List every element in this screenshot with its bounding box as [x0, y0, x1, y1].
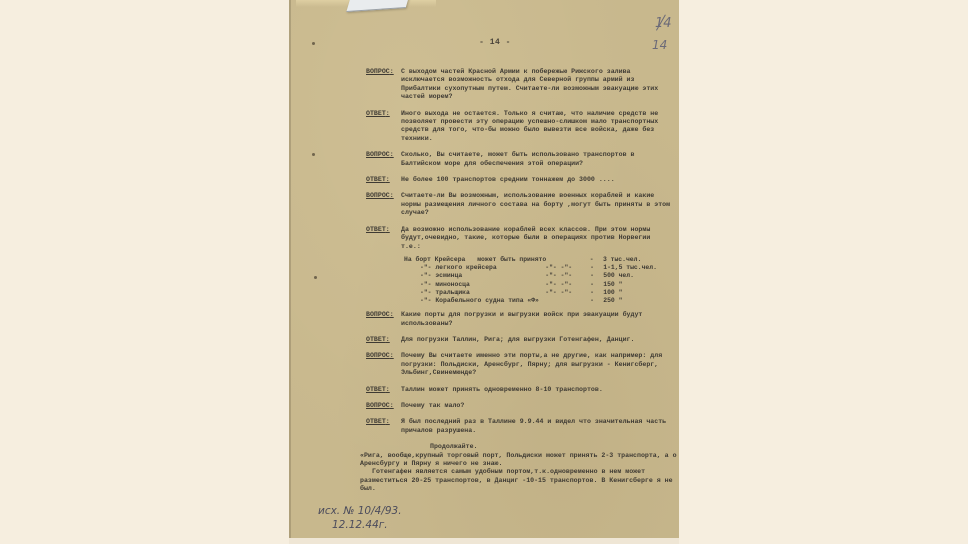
capacity-value: 500 чел. — [603, 272, 678, 280]
qa-text: Я был последний раз в Таллине 9.9.44 и в… — [401, 418, 678, 435]
capacity-item: -"- тральщика — [404, 289, 545, 297]
qa-label: ОТВЕТ — [366, 386, 401, 394]
capacity-value: 250 " — [603, 297, 678, 305]
capacity-row: -"- Корабельного судна типа «Ф»-250 " — [404, 297, 678, 305]
qa-label: ОТВЕТ — [366, 418, 401, 435]
qa-text: Считаете-ли Вы возможным, использование … — [401, 192, 678, 217]
qa-text: Да возможно использование кораблей всех … — [401, 226, 678, 251]
capacity-ditto: -"- -"- — [545, 264, 590, 272]
capacity-ditto: -"- -"- — [545, 289, 590, 297]
question: ВОПРОСПочему Вы считаете именно эти порт… — [366, 352, 678, 377]
qa-label: ОТВЕТ — [366, 226, 401, 251]
answer: ОТВЕТДля погрузки Таллин, Рига; для выгр… — [366, 336, 678, 344]
qa-label: ОТВЕТ — [366, 336, 401, 344]
qa-label: ВОПРОС — [366, 402, 401, 410]
answer: ОТВЕТИного выхода не остается. Только я … — [366, 110, 678, 144]
answer: ОТВЕТДа возможно использование кораблей … — [366, 226, 678, 251]
qa-text: Сколько, Вы считаете, может быть использ… — [401, 151, 678, 168]
qa-text: Для погрузки Таллин, Рига; для выгрузки … — [401, 336, 678, 344]
capacity-dash: - — [590, 289, 603, 297]
qa-label: ВОПРОС — [366, 311, 401, 328]
capacity-ditto: -"- -"- — [545, 272, 590, 280]
punch-mark — [314, 276, 317, 279]
narrative-paragraph: «Рига, вообще,крупный торговый порт, Пол… — [360, 452, 678, 469]
outgoing-number: исх. № 10/4/93. — [318, 504, 402, 518]
outgoing-date: 12.12.44г. — [318, 518, 402, 532]
capacity-item: -"- эсминца — [404, 272, 545, 280]
capacity-row: -"- миноносца-"- -"--150 " — [404, 281, 678, 289]
qa-text: С выходом частей Красной Армии к побереж… — [401, 68, 678, 102]
capacity-value: 1-1,5 тыс.чел. — [603, 264, 678, 272]
capacity-dash: - — [590, 272, 603, 280]
narrative: Продолжайте. «Рига, вообще,крупный торго… — [360, 443, 678, 493]
qa-text: Таллин может принять одновременно 8-10 т… — [401, 386, 678, 394]
capacity-item: На борт Крейсера — [404, 256, 477, 264]
page-bottom-edge — [289, 538, 679, 544]
qa-text: Не более 100 транспортов средним тоннаже… — [401, 176, 678, 184]
handwritten-page-number: 14 — [652, 38, 667, 52]
qa-label: ВОПРОС — [366, 151, 401, 168]
punch-mark — [312, 153, 315, 156]
question: ВОПРОСКакие порты для погрузки и выгрузк… — [366, 311, 678, 328]
qa-text: Почему так мало? — [401, 402, 678, 410]
qa-label: ОТВЕТ — [366, 176, 401, 184]
question: ВОПРОССколько, Вы считаете, может быть и… — [366, 151, 678, 168]
capacity-dash: - — [590, 256, 603, 264]
capacity-ditto: -"- -"- — [545, 281, 590, 289]
capacity-table: На борт Крейсераможет быть принято-3 тыс… — [404, 256, 678, 305]
capacity-row: На борт Крейсераможет быть принято-3 тыс… — [404, 256, 678, 264]
capacity-dash: - — [590, 297, 603, 305]
qa-text: Почему Вы считаете именно эти порты,а не… — [401, 352, 678, 377]
answer: ОТВЕТНе более 100 транспортов средним то… — [366, 176, 678, 184]
capacity-row: -"- тральщика-"- -"--100 " — [404, 289, 678, 297]
capacity-dash: - — [590, 264, 603, 272]
capacity-item: -"- легкого крейсера — [404, 264, 545, 272]
question: ВОПРОСПочему так мало? — [366, 402, 678, 410]
handwritten-outgoing-note: исх. № 10/4/93. 12.12.44г. — [318, 504, 402, 532]
answer: ОТВЕТЯ был последний раз в Таллине 9.9.4… — [366, 418, 678, 435]
capacity-row: -"- легкого крейсера-"- -"--1-1,5 тыс.че… — [404, 264, 678, 272]
answer: ОТВЕТТаллин может принять одновременно 8… — [366, 386, 678, 394]
narrative-paragraph: Готенгафен является самым удобным портом… — [360, 468, 678, 493]
qa-text: Какие порты для погрузки и выгрузки войс… — [401, 311, 678, 328]
qa-text: Иного выхода не остается. Только я счита… — [401, 110, 678, 144]
question: ВОПРОСС выходом частей Красной Армии к п… — [366, 68, 678, 102]
capacity-value: 100 " — [603, 289, 678, 297]
qa-label: ОТВЕТ — [366, 110, 401, 144]
document-body: ВОПРОСС выходом частей Красной Армии к п… — [366, 68, 678, 494]
punch-mark — [312, 42, 315, 45]
capacity-row: -"- эсминца-"- -"--500 чел. — [404, 272, 678, 280]
page-number: - 14 - — [470, 38, 520, 47]
qa-label: ВОПРОС — [366, 68, 401, 102]
narrative-continue: Продолжайте. — [360, 443, 678, 451]
capacity-ditto — [545, 297, 590, 305]
capacity-item: -"- Корабельного судна типа «Ф» — [404, 297, 545, 305]
capacity-item: -"- миноносца — [404, 281, 545, 289]
qa-label: ВОПРОС — [366, 192, 401, 217]
qa-block-2: ВОПРОСКакие порты для погрузки и выгрузк… — [366, 311, 678, 435]
qa-block-1: ВОПРОСС выходом частей Красной Армии к п… — [366, 68, 678, 251]
capacity-value: 3 тыс.чел. — [603, 256, 678, 264]
question: ВОПРОССчитаете-ли Вы возможным, использо… — [366, 192, 678, 217]
capacity-value: 150 " — [603, 281, 678, 289]
qa-label: ВОПРОС — [366, 352, 401, 377]
capacity-ditto: может быть принято — [477, 256, 590, 264]
capacity-dash: - — [590, 281, 603, 289]
